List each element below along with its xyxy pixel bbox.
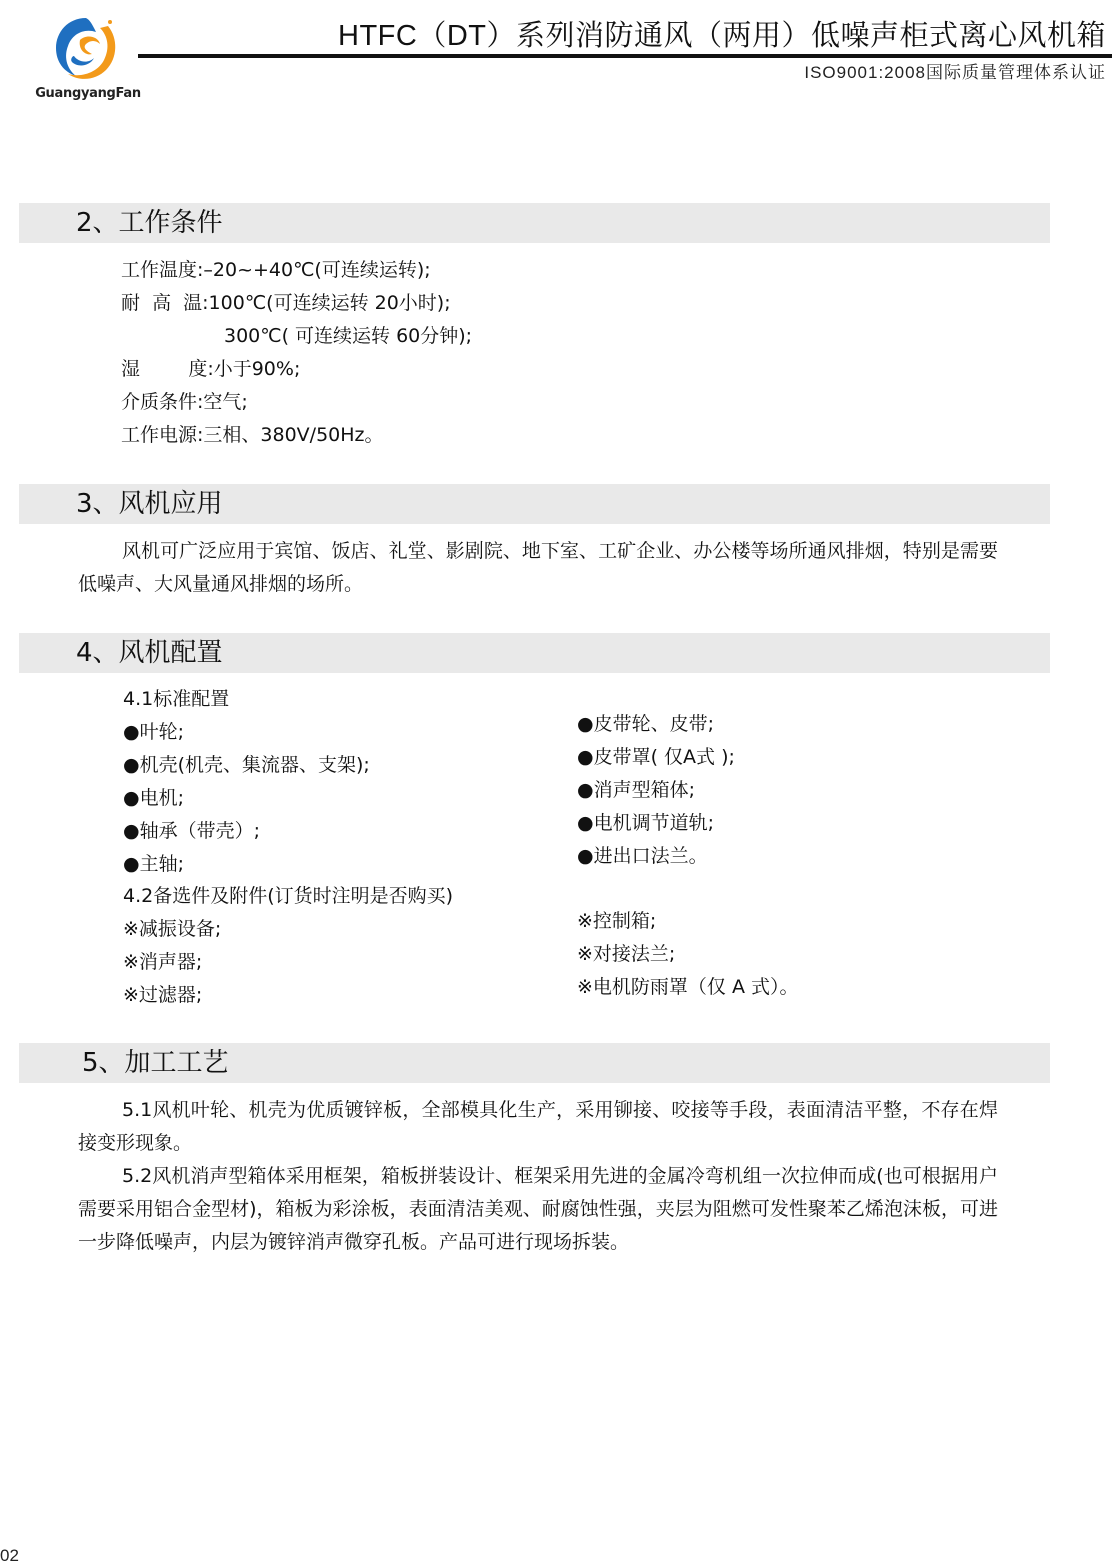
list-item: ●机壳(机壳、集流器、支架); [123,753,370,777]
page-number: 02 [0,1546,19,1566]
condition-high-temp-2: 300℃( 可连续运转 60分钟); [224,324,472,348]
list-item: ●皮带轮、皮带; [577,712,714,736]
condition-temperature: 工作温度:–20~+40℃(可连续运转); [121,258,431,282]
list-item: ※消声器; [123,950,202,974]
certification-note: ISO9001:2008国际质量管理体系认证 [804,62,1106,84]
standard-config-heading: 4.1标准配置 [123,687,229,711]
list-item: ●进出口法兰。 [577,844,708,868]
condition-high-temp: 耐 高 温:100℃(可连续运转 20小时); [121,291,451,315]
list-item: ●主轴; [123,852,184,876]
application-paragraph: 风机可广泛应用于宾馆、饭店、礼堂、影剧院、地下室、工矿企业、办公楼等场所通风排烟… [78,535,998,601]
process-paragraph-1: 5.1风机叶轮、机壳为优质镀锌板，全部模具化生产，采用铆接、咬接等手段，表面清洁… [78,1094,998,1160]
title-rule-divider [138,54,1112,58]
list-item: ●电机调节道轨; [577,811,714,835]
condition-humidity: 湿 度:小于90%; [121,357,300,381]
section-title: 4、风机配置 [76,636,223,670]
section-header-process: 5、加工工艺 [19,1043,1050,1083]
condition-medium: 介质条件:空气; [121,390,248,414]
list-item: ※电机防雨罩（仅 A 式）。 [577,975,799,999]
list-item: ●皮带罩( 仅A式 ); [577,745,735,769]
section-title: 5、加工工艺 [82,1046,229,1080]
process-paragraph-2: 5.2风机消声型箱体采用框架，箱板拼装设计、框架采用先进的金属冷弯机组一次拉伸而… [78,1160,998,1259]
company-logo: GuangyangFan [24,8,152,100]
optional-config-heading: 4.2备选件及附件(订货时注明是否购买) [123,884,453,908]
list-item: ●轴承（带壳）; [123,819,260,843]
list-item: ●消声型箱体; [577,778,695,802]
list-item: ●电机; [123,786,184,810]
logo-swirl-icon [50,12,122,84]
list-item: ●叶轮; [123,720,184,744]
section-header-application: 3、风机应用 [19,484,1050,524]
section-header-configuration: 4、风机配置 [19,633,1050,673]
document-title: HTFC（DT）系列消防通风（两用）低噪声柜式离心风机箱 [338,18,1106,54]
section-title: 3、风机应用 [76,487,223,521]
logo-wordmark: GuangyangFan [24,86,152,101]
document-page: GuangyangFan HTFC（DT）系列消防通风（两用）低噪声柜式离心风机… [0,0,1112,1566]
section-title: 2、工作条件 [76,206,223,240]
section-header-working-conditions: 2、工作条件 [19,203,1050,243]
list-item: ※对接法兰; [577,942,675,966]
list-item: ※减振设备; [123,917,221,941]
list-item: ※过滤器; [123,983,202,1007]
condition-power: 工作电源:三相、380V/50Hz。 [121,423,384,447]
list-item: ※控制箱; [577,909,656,933]
